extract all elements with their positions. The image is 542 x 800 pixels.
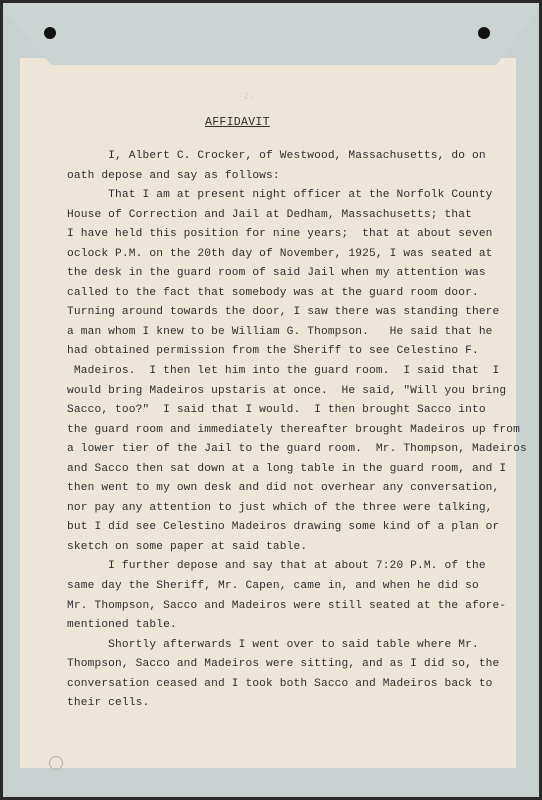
text-line: the guard room and immediately thereafte… — [67, 421, 487, 441]
text-line: Shortly afterwards I went over to said t… — [67, 636, 487, 656]
text-line: conversation ceased and I took both Sacc… — [67, 675, 487, 695]
text-line: House of Correction and Jail at Dedham, … — [67, 206, 487, 226]
text-line: but I did see Celestino Madeiros drawing… — [67, 518, 487, 538]
text-line: oath depose and say as follows: — [67, 167, 487, 187]
text-line: Turning around towards the door, I saw t… — [67, 303, 487, 323]
page-number-mark: -2- — [238, 92, 254, 102]
text-line: nor pay any attention to just which of t… — [67, 499, 487, 519]
punch-hole-right — [478, 27, 490, 39]
text-line: I, Albert C. Crocker, of Westwood, Massa… — [67, 147, 487, 167]
text-line: oclock P.M. on the 20th day of November,… — [67, 245, 487, 265]
document-title: AFFIDAVIT — [205, 116, 270, 129]
text-line: I further depose and say that at about 7… — [67, 557, 487, 577]
affidavit-body: I, Albert C. Crocker, of Westwood, Massa… — [67, 147, 487, 714]
text-line: and Sacco then sat down at a long table … — [67, 460, 487, 480]
text-line: That I am at present night officer at th… — [67, 186, 487, 206]
punch-hole-left — [44, 27, 56, 39]
text-line: mentioned table. — [67, 616, 487, 636]
text-line: I have held this position for nine years… — [67, 225, 487, 245]
text-line: Thompson, Sacco and Madeiros were sittin… — [67, 655, 487, 675]
text-line: their cells. — [67, 694, 487, 714]
text-line: the desk in the guard room of said Jail … — [67, 264, 487, 284]
text-line: a man whom I knew to be William G. Thomp… — [67, 323, 487, 343]
folder-flap — [3, 3, 539, 65]
text-line: same day the Sheriff, Mr. Capen, came in… — [67, 577, 487, 597]
text-line: a lower tier of the Jail to the guard ro… — [67, 440, 487, 460]
text-line: Sacco, too?" I said that I would. I then… — [67, 401, 487, 421]
text-line: Madeiros. I then let him into the guard … — [67, 362, 487, 382]
text-line: then went to my own desk and did not ove… — [67, 479, 487, 499]
faint-circle-mark — [49, 756, 63, 770]
text-line: Mr. Thompson, Sacco and Madeiros were st… — [67, 597, 487, 617]
text-line: called to the fact that somebody was at … — [67, 284, 487, 304]
text-line: would bring Madeiros upstaris at once. H… — [67, 382, 487, 402]
text-line: sketch on some paper at said table. — [67, 538, 487, 558]
text-line: had obtained permission from the Sheriff… — [67, 342, 487, 362]
